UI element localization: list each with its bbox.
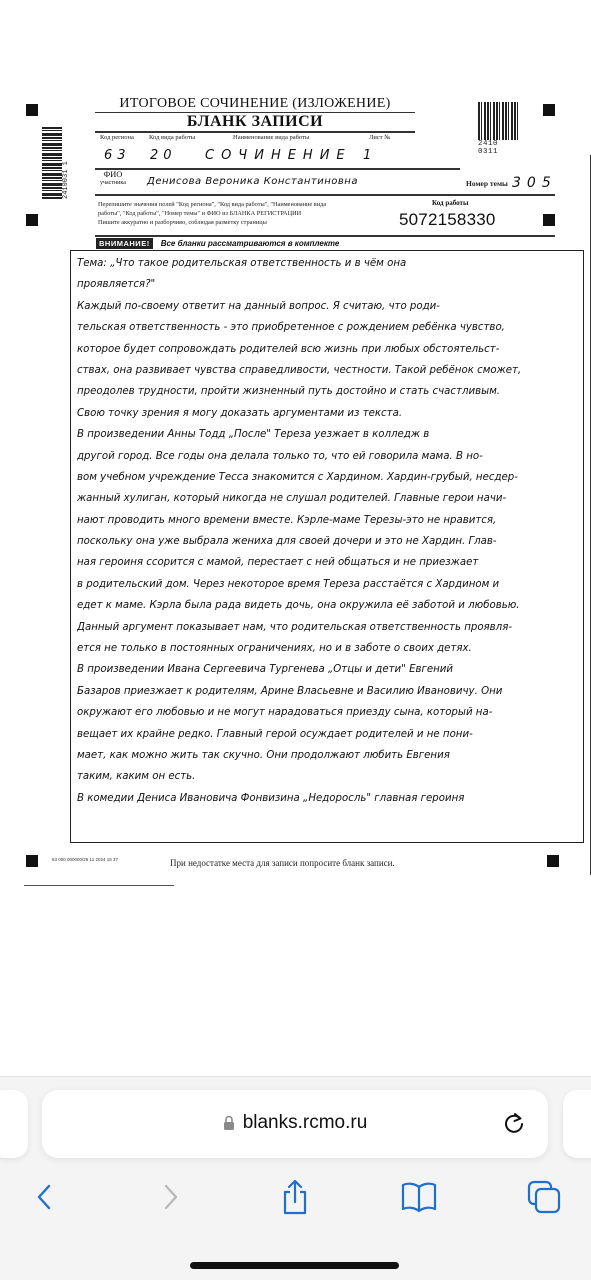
value-topic-no: 305 [512,175,557,191]
chevron-left-icon [35,1183,53,1211]
previous-tab-peek[interactable] [0,1090,28,1158]
essay-line: ется не только в постоянных ограничениях… [77,638,581,659]
alignment-marker [543,214,555,226]
essay-line: ствах, она развивает чувства справедливо… [77,360,581,381]
essay-line: Данный аргумент показывает нам, что роди… [77,617,581,638]
share-button[interactable] [275,1177,315,1217]
tabs-button[interactable] [524,1177,564,1217]
essay-line: едет к маме. Кэрла была рада видеть дочь… [77,595,581,616]
attention-badge: ВНИМАНИЕ! [96,238,153,249]
divider [24,885,174,886]
divider [95,235,555,237]
barcode-horizontal [478,102,520,140]
label-region-code: Код региона [100,134,134,141]
essay-line: таким, каким он есть. [77,766,581,787]
value-fio: Денисова Вероника Константиновна [147,176,358,187]
value-sheet-no: 1 [363,148,376,163]
divider [95,168,460,170]
essay-line: В произведении Ивана Сергеевича Тургенев… [77,659,581,680]
tabs-icon [526,1179,562,1215]
essay-line: Свою точку зрения я могу доказать аргуме… [77,403,581,424]
label-topic-no: Номер темы [466,179,508,188]
attention-text: Все бланки рассматриваются в комплекте [161,239,340,248]
barcode-vertical-number: 2410031 1 [62,127,72,199]
bookmarks-button[interactable] [399,1177,439,1217]
essay-line: тельская ответственность - это приобрете… [77,317,581,338]
browser-toolbar [0,1177,591,1221]
back-button[interactable] [24,1177,64,1217]
alignment-marker [26,855,38,867]
home-indicator[interactable] [190,1262,399,1269]
alignment-marker [26,214,38,226]
next-tab-peek[interactable] [563,1090,591,1158]
essay-line: вом учебном учреждение Тесса знакомится … [77,467,581,488]
essay-line: В комедии Дениса Ивановича Фонвизина „Не… [77,788,581,809]
share-icon [280,1178,310,1216]
lock-icon [223,1115,235,1131]
essay-line: жанный хулиган, который никогда не слуша… [77,488,581,509]
essay-line: нают проводить много времени вместе. Кэр… [77,510,581,531]
document-view[interactable]: 2410031 1 2410 0311 ИТОГОВОЕ СОЧИНЕНИЕ (… [0,0,591,1070]
essay-line: в родительский дом. Через некоторое врем… [77,574,581,595]
url-text: blanks.rcmo.ru [243,1112,368,1134]
barcode-vertical [42,127,62,199]
footer-code: 63 000 000000/25 11 2024 15 37 [52,857,118,862]
essay-text: Тема: „Что такое родительская ответствен… [77,253,581,809]
essay-line: мает, как можно жить так скучно. Они про… [77,745,581,766]
label-work-code: Код работы [432,199,468,207]
value-region-code: 63 [104,148,131,163]
essay-line: другой город. Все годы она делала только… [77,446,581,467]
essay-line: окружают его любовью и не могут нарадова… [77,702,581,723]
reload-icon[interactable] [500,1110,528,1138]
essay-line: Каждый по-своему ответит на данный вопро… [77,296,581,317]
value-work-type-code: 20 [150,148,177,163]
value-work-type-name: СОЧИНЕНИЕ [205,148,352,163]
forward-button[interactable] [151,1177,191,1217]
essay-line: Базаров приезжает к родителям, Арине Вла… [77,681,581,702]
essay-line: которое будет сопровождать родителей всю… [77,339,581,360]
essay-line: вещает их крайне редко. Главный герой ос… [77,724,581,745]
alignment-marker [26,104,38,116]
chevron-right-icon [162,1183,180,1211]
value-work-code: 5072158330 [399,210,496,230]
form-title: ИТОГОВОЕ СОЧИНЕНИЕ (ИЗЛОЖЕНИЕ) [95,96,415,112]
alignment-marker [543,104,555,116]
essay-line: ная героиня ссорится с мамой, перестает … [77,552,581,573]
divider [95,194,555,196]
essay-line: проявляется?" [77,274,581,295]
essay-line: В произведении Анны Тодд „После" Тереза … [77,424,581,445]
label-work-type-name: Наименование вида работы [233,134,309,141]
label-sheet-no: Лист № [369,134,390,141]
essay-line: преодолев трудности, пройти жизненный пу… [77,381,581,402]
form-subtitle: БЛАНК ЗАПИСИ [95,113,415,131]
divider [95,131,415,133]
book-icon [400,1181,438,1213]
essay-line: поскольку она уже выбрала жениха для сво… [77,531,581,552]
alignment-marker [547,855,559,867]
instructions: Перепишите значения полей "Код региона",… [98,200,378,227]
label-fio: ФИО участника [100,170,126,188]
essay-area: Тема: „Что такое родительская ответствен… [70,250,584,843]
essay-line: Тема: „Что такое родительская ответствен… [77,253,581,274]
address-bar[interactable]: blanks.rcmo.ru [42,1090,548,1158]
browser-bottom-bar: blanks.rcmo.ru [0,1076,591,1280]
label-work-type-code: Код вида работы [149,134,195,141]
footer-note: При недостатке места для записи попросит… [170,858,395,868]
barcode-horizontal-number: 2410 0311 [478,140,522,156]
attention-row: ВНИМАНИЕ! Все бланки рассматриваются в к… [96,238,339,249]
